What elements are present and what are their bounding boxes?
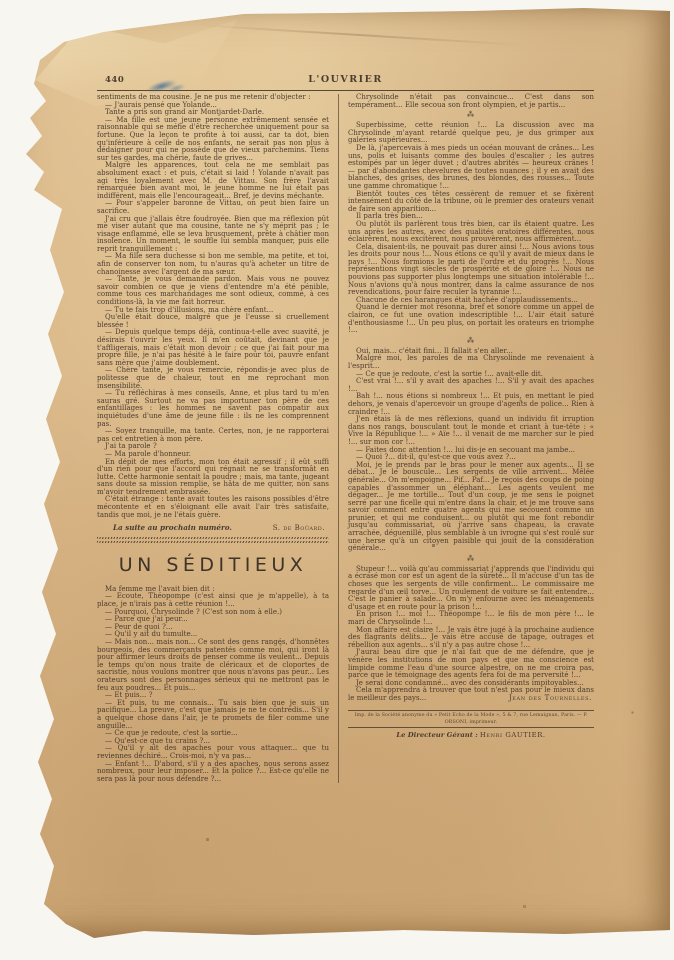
serial-story-text: sentiments de ma cousine. Je ne pus me r… [97,94,329,519]
paragraph: Superbissime, cette réunion !... La disc… [348,122,594,145]
paragraph: Moi, je le prends par le bras pour le me… [348,462,594,553]
paragraph: — Soyez tranquille, ma tante. Certes, no… [97,428,329,443]
paragraph: En dépit de mes efforts, mon ton était a… [97,459,329,497]
gerant-name: Henri GAUTIER. [480,731,546,739]
paper-specks [4,4,5,5]
asterism-separator: ⁂ [348,555,594,564]
paragraph: De là, j'apercevais à mes pieds un océan… [348,145,594,191]
article-text-left: Ma femme me l'avait bien dit :— Ecoute, … [97,586,329,783]
article-text-right: Chrysolinde n'était pas convaincue... C'… [348,94,594,703]
paragraph: J'ai cru que j'allais être foudroyée. Bi… [97,216,329,254]
article-title: UN SÉDITIEUX [97,554,329,576]
paragraph: — Ma fille sera duchesse si bon me sembl… [97,253,329,276]
author-signature: Jean des Tournelles. [501,695,594,703]
paragraph: — Tu réfléchiras à mes conseils, Anne, e… [97,390,329,428]
paragraph: — Ecoute, Théopompe (c'est ainsi que je … [97,593,329,608]
newspaper-page: 440 L'OUVRIER sentiments de ma cousine. … [4,4,670,942]
managing-director-line: Le Directeur Gérant : Henri GAUTIER. [348,731,594,739]
paragraph: C'était étrange : tante avait toutes les… [97,496,329,519]
paragraph: Mon affaire est claire !... Je vais être… [348,627,594,650]
gerant-label: Le Directeur Gérant : [396,731,477,739]
paragraph: J'en étais là de mes réflexions, quand u… [348,416,594,446]
paragraph: — Qu'il y ait des apaches pour vous atta… [97,745,329,760]
paragraph: C'est vrai !... s'il y avait des apaches… [348,378,594,393]
paragraph: — Chère tante, je vous remercie, répondi… [97,367,329,390]
paragraph: Cela m'apprendra à trouver que tout n'es… [348,687,594,702]
columns: sentiments de ma cousine. Je ne pus me r… [97,94,594,783]
serial-footer: La suite au prochain numéro. S. de Boüar… [97,523,329,532]
paragraph: Bientôt toutes ces têtes cessèrent de re… [348,191,594,214]
imprint-block: Imp. de la Société anonyme du « Petit Ec… [348,710,594,739]
paragraph: — Depuis quelque temps déjà, continua-t-… [97,329,329,367]
paragraph: Malgré moi, les paroles de ma Chrysolind… [348,355,594,370]
paragraph: — Pour s'appeler baronne de Vittau, on p… [97,200,329,215]
paragraph: — Mais non... mais non... Ce sont des ge… [97,639,329,692]
paragraph: Ou plutôt ils parlèrent tous très bien, … [348,221,594,244]
asterism-separator: ⁂ [348,111,594,120]
paragraph: Quand le dernier mot résonna, bref et so… [348,304,594,334]
asterism-separator: ⁂ [348,337,594,346]
serial-continuation-note: La suite au prochain numéro. [113,523,232,532]
paragraph: J'aurai beau dire que je n'ai fait que d… [348,649,594,679]
page-content: 440 L'OUVRIER sentiments de ma cousine. … [97,66,594,783]
right-column: Chrysolinde n'était pas convaincue... C'… [338,94,594,783]
paragraph: — Tante, je vous demande pardon. Mais vo… [97,276,329,306]
serial-author-signature: S. de Boüard. [273,524,325,532]
paragraph: En prison !... moi !... Théopompe !... l… [348,611,594,626]
paragraph: Stupeur !... voilà qu'au commissariat j'… [348,566,594,612]
paragraph: Bah !... nous étions si nombreux !... Et… [348,393,594,416]
paragraph: Malgré les apparences, tout cela ne me s… [97,162,329,200]
paragraph: — Et puis, tu me connais... Tu sais bien… [97,700,329,730]
paragraph: Chrysolinde n'était pas convaincue... C'… [348,94,594,109]
printer-imprint: Imp. de la Société anonyme du « Petit Ec… [348,711,594,728]
paper-crease [194,24,524,46]
paragraph: Cela, disaient-ils, ne pouvait pas durer… [348,244,594,297]
paragraph: — Ma fille est une jeune personne extrêm… [97,117,329,163]
left-column: sentiments de ma cousine. Je ne pus me r… [97,94,338,783]
section-divider-rule [97,537,329,543]
paragraph: — Enfant !... D'abord, s'il y a des apac… [97,761,329,784]
